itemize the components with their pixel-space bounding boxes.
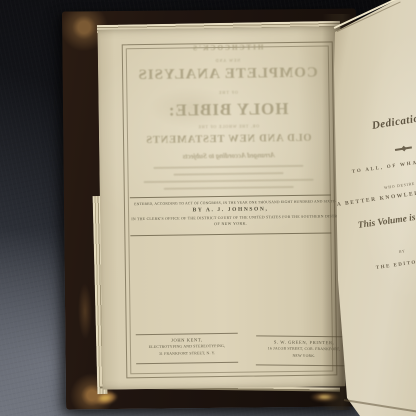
photo-open-antique-book: HITCHCOCK'S NEW AND COMPLETE ANALYSIS OF…	[0, 0, 416, 416]
stereotyper-colophon: JOHN KENT, ELECTROTYPING AND STEREOTYPIN…	[136, 333, 238, 364]
showthrough-line: HOLY BIBLE:	[127, 98, 330, 121]
title-page-showthrough-mirrored: HITCHCOCK'S NEW AND COMPLETE ANALYSIS OF…	[125, 26, 330, 209]
showthrough-line: OR, THE WHOLE OF THE	[127, 122, 330, 130]
showthrough-line: NEW AND	[126, 56, 329, 64]
showthrough-faint-row	[164, 186, 294, 190]
showthrough-faint-row	[154, 165, 304, 169]
colophon-line: ELECTROTYPING AND STEREOTYPING,	[136, 344, 238, 349]
showthrough-line: OF THE	[126, 88, 329, 96]
showthrough-line: Arranged According to Subjects	[127, 150, 330, 161]
showthrough-line: COMPLETE ANALYSIS	[126, 64, 329, 84]
colophon-rule	[136, 333, 238, 335]
showthrough-line: OLD AND NEW TESTAMENTS	[127, 132, 330, 146]
copyright-page: HITCHCOCK'S NEW AND COMPLETE ANALYSIS OF…	[97, 26, 345, 389]
dedication-line-by: BY	[399, 249, 406, 254]
showthrough-line: HITCHCOCK'S	[126, 42, 329, 53]
showthrough-faint-row	[144, 179, 314, 183]
colophon-line: JOHN KENT,	[136, 337, 238, 343]
showthrough-faint-row	[174, 172, 284, 176]
colophon-line: 31 FRANKFORT STREET, N. Y.	[136, 350, 238, 355]
